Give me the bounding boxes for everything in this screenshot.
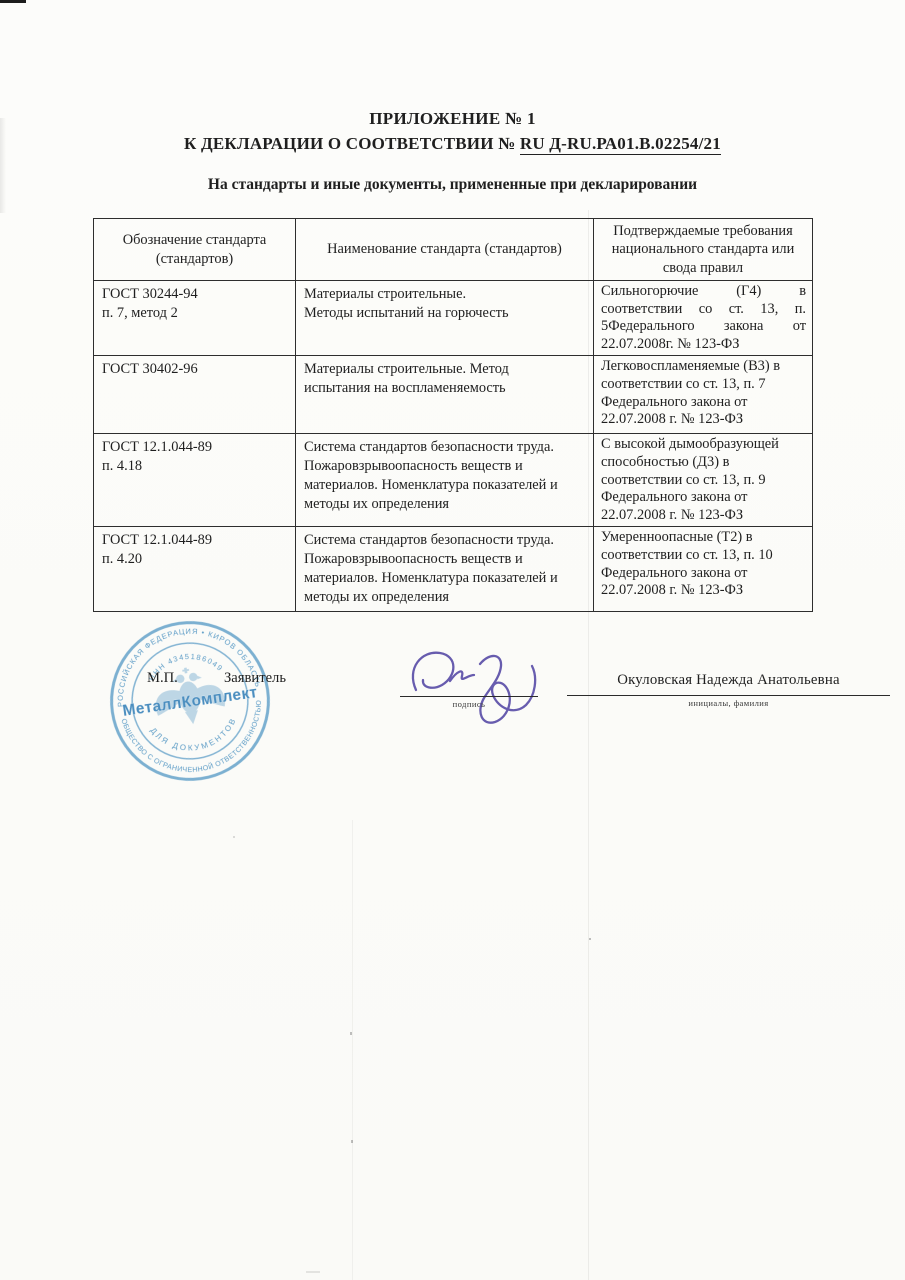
header-designation: Обозначение стандарта (стандартов) [94, 219, 296, 281]
table-header-row: Обозначение стандарта (стандартов) Наиме… [94, 219, 813, 281]
cell-name: Материалы строительные. Методы испытаний… [296, 281, 594, 356]
cell-designation: ГОСТ 12.1.044-89 п. 4.20 [94, 527, 296, 611]
applicant-label: Заявитель [224, 670, 286, 687]
standards-table: Обозначение стандарта (стандартов) Наиме… [93, 218, 813, 612]
scan-artifact [0, 118, 6, 213]
company-stamp: РОССИЙСКАЯ ФЕДЕРАЦИЯ • КИРОВ ОБЛАСТЬ ОБЩ… [95, 606, 285, 796]
header-name: Наименование стандарта (стандартов) [296, 219, 594, 281]
name-caption: инициалы, фамилия [567, 698, 890, 708]
scan-artifact [589, 938, 591, 940]
document-subtitle: На стандарты и иные документы, примененн… [0, 176, 905, 194]
appendix-title: ПРИЛОЖЕНИЕ № 1 [0, 109, 905, 129]
signature-caption: подпись [400, 699, 538, 709]
cell-requirements: Умеренноопасные (Т2) в соответствии со с… [594, 527, 813, 611]
cell-designation: ГОСТ 30402-96 [94, 356, 296, 434]
scan-artifact [306, 1271, 320, 1273]
declaration-title: К ДЕКЛАРАЦИИ О СООТВЕТСТВИИ № RU Д-RU.РА… [0, 134, 905, 154]
cell-designation: ГОСТ 30244-94 п. 7, метод 2 [94, 281, 296, 356]
signature-line [400, 696, 538, 697]
document-page: ПРИЛОЖЕНИЕ № 1 К ДЕКЛАРАЦИИ О СООТВЕТСТВ… [0, 0, 905, 1280]
handwritten-signature [402, 640, 557, 737]
scan-artifact [352, 820, 353, 1280]
scan-artifact [350, 1032, 352, 1035]
table-row: ГОСТ 30402-96 Материалы строительные. Ме… [94, 356, 813, 434]
applicant-full-name: Окуловская Надежда Анатольевна [567, 672, 890, 689]
name-line [567, 695, 890, 696]
cell-requirements: С высокой дымообразующей способностью (Д… [594, 434, 813, 527]
cell-name: Система стандартов безопасности труда. П… [296, 434, 594, 527]
declaration-title-prefix: К ДЕКЛАРАЦИИ О СООТВЕТСТВИИ № [184, 134, 520, 153]
declaration-number: RU Д-RU.РА01.В.02254/21 [520, 134, 721, 155]
table-row: ГОСТ 30244-94 п. 7, метод 2 Материалы ст… [94, 281, 813, 356]
header-requirements: Подтверждаемые требования национального … [594, 219, 813, 281]
cell-name: Система стандартов безопасности труда. П… [296, 527, 594, 611]
cell-requirements: Сильногорючие (Г4) в соответствии со ст.… [594, 281, 813, 356]
scan-artifact [233, 836, 235, 838]
table-row: ГОСТ 12.1.044-89 п. 4.20 Система стандар… [94, 527, 813, 611]
cell-designation: ГОСТ 12.1.044-89 п. 4.18 [94, 434, 296, 527]
table-row: ГОСТ 12.1.044-89 п. 4.18 Система стандар… [94, 434, 813, 527]
stamp-place-label: М.П. [147, 670, 178, 687]
cell-requirements: Легковоспламеняемые (В3) в соответствии … [594, 356, 813, 434]
stamp-graphic: РОССИЙСКАЯ ФЕДЕРАЦИЯ • КИРОВ ОБЛАСТЬ ОБЩ… [95, 606, 285, 796]
scan-artifact [351, 1140, 353, 1143]
scan-artifact [0, 0, 26, 3]
cell-name: Материалы строительные. Метод испытания … [296, 356, 594, 434]
